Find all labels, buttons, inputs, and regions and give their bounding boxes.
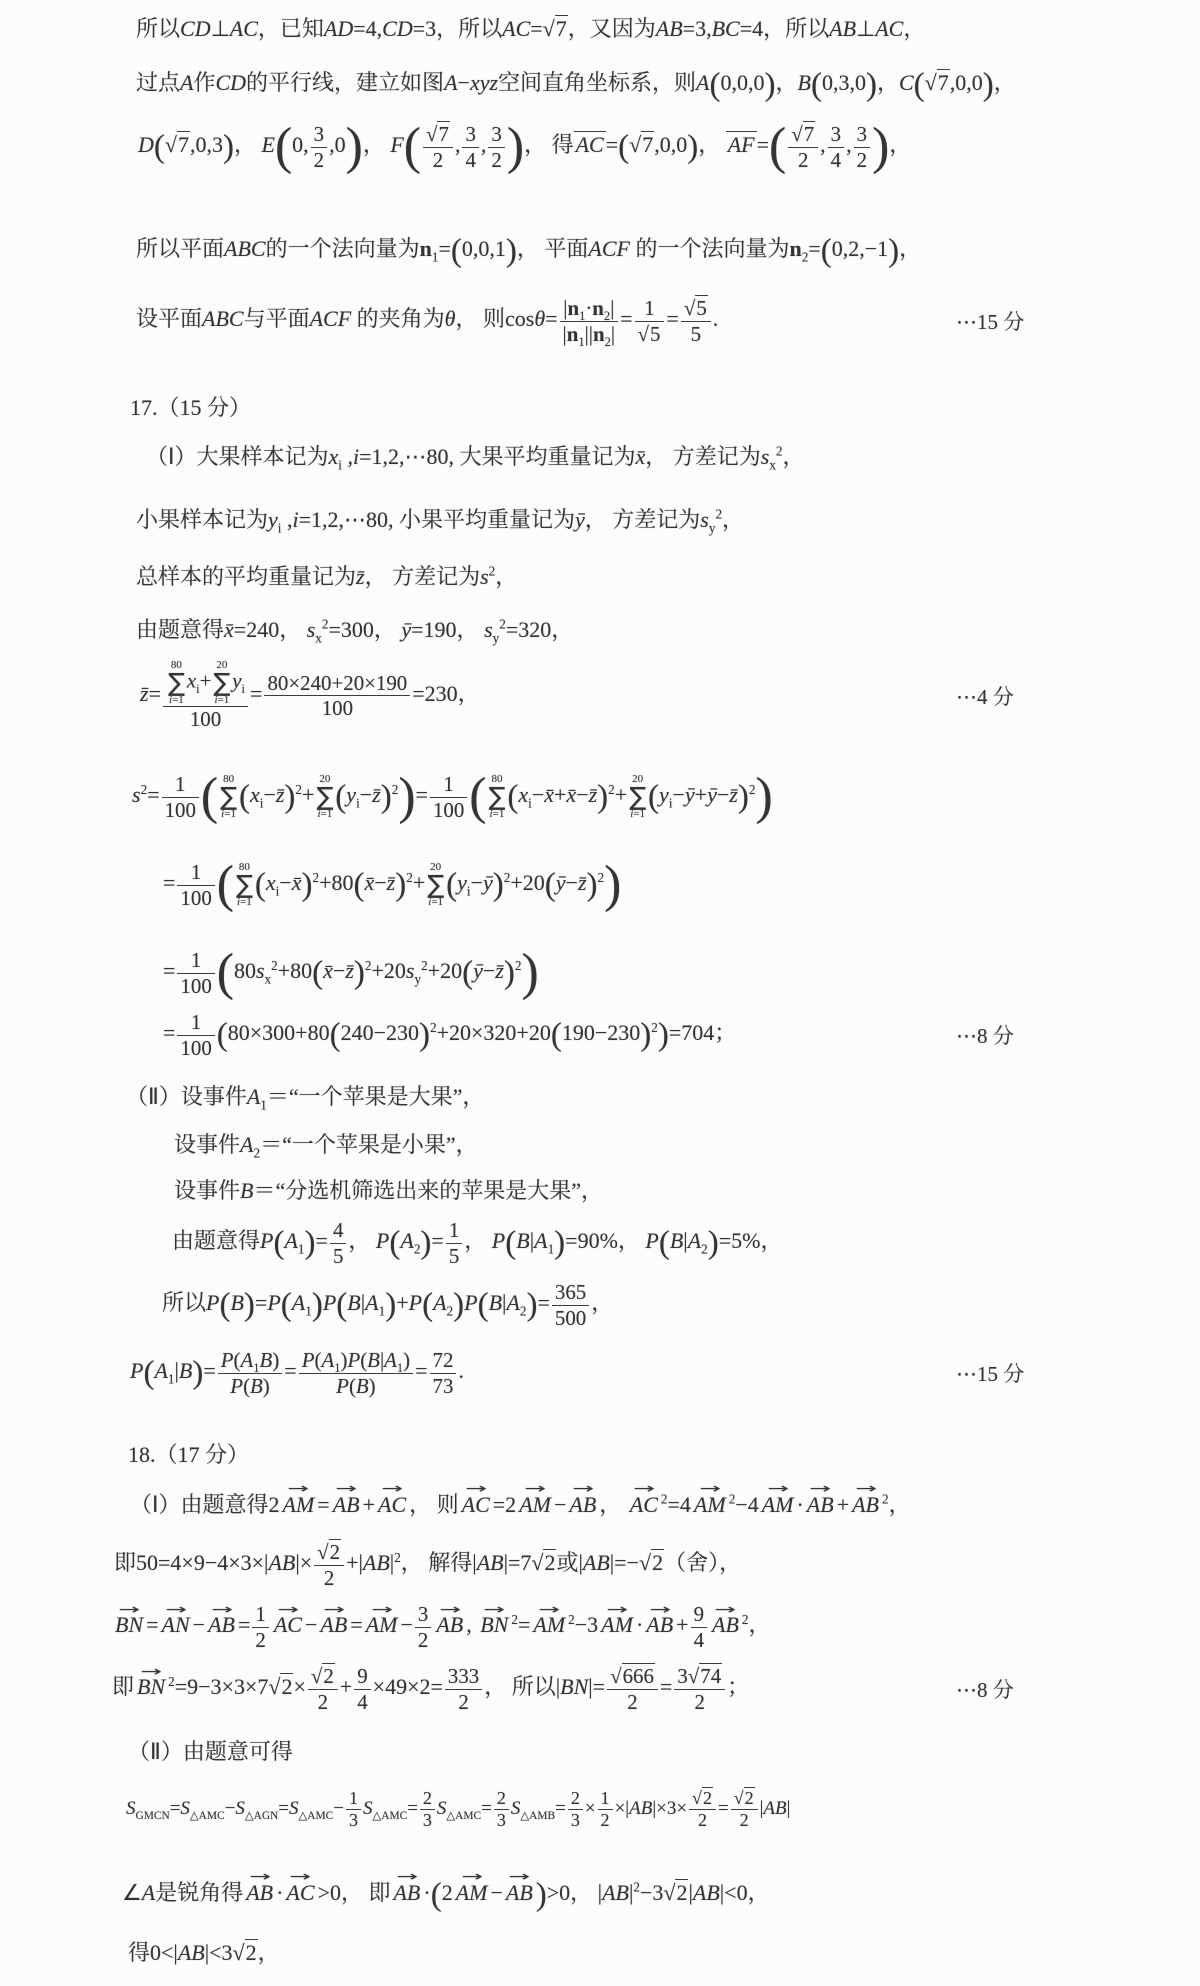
formula-text: （Ⅱ）由题意可得 <box>128 1735 293 1766</box>
q18-1-vector-setup: （Ⅰ）由题意得2AM=AB+AC， 则AC=2AM−AB， AC2=4AM2−4… <box>0 1488 1200 1519</box>
formula-text: 18.（17 分） <box>128 1438 249 1469</box>
q16-normal-vectors: 所以平面ABC的一个法向量为n1=(0,0,1)， 平面ACF 的一个法向量为n… <box>0 232 1200 265</box>
q16-perpendicular-line: 所以CD⊥AC，已知AD=4,CD=3，所以AC=7，又因为AB=3,BC=4，… <box>0 12 1200 43</box>
formula-text: =1100(80sx2+80(x̄−z̄)2+20sy2+20(ȳ−z̄)2) <box>163 948 539 998</box>
formula-text: P(A1|B)=P(A1B)P(B)=P(A1)P(B|A1)P(B)=7273… <box>130 1348 464 1398</box>
q18-2-acute-angle: ∠A是锐角得AB·AC>0， 即AB·(2AM−AB)>0， |AB|2−32|… <box>0 1876 1200 1909</box>
q17-1-large-sample: （Ⅰ）大果样本记为xi ,i=1,2,⋯80, 大果平均重量记为x̄， 方差记为… <box>0 440 1200 471</box>
score-marker: ⋯15 分 <box>956 306 1024 336</box>
q16-coordinate-setup: 过点A作CD的平行线，建立如图A−xyz空间直角坐标系，则A(0,0,0)，B(… <box>0 66 1200 99</box>
q17-1-variance-result: =1100(80×300+80(240−230)2+20×320+20(190−… <box>0 1010 1200 1060</box>
q18-2-intro: （Ⅱ）由题意可得 <box>0 1735 1200 1766</box>
formula-text: =1100(80∑i=1(xi−x̄)2+80(x̄−z̄)2+20∑i=1(y… <box>163 860 621 910</box>
formula-text: 小果样本记为yi ,i=1,2,⋯80, 小果平均重量记为ȳ， 方差记为sy2， <box>136 503 744 534</box>
formula-text: 即BN2=9−3×3×72×22+94×49×2=3332， 所以|BN|=66… <box>112 1664 749 1714</box>
q16-point-coordinates: D(7,0,3)， E(0,32,0)， F(72,34,32)， 得AC=(7… <box>0 122 1200 172</box>
q17-1-total-sample: 总样本的平均重量记为z̄， 方差记为s2， <box>0 560 1200 591</box>
formula-text: 17.（15 分） <box>130 391 251 422</box>
formula-text: SGMCN=S△AMC−S△AGN=S△AMC−13S△AMC=23S△AMC=… <box>126 1788 790 1832</box>
formula-text: 设平面ABC与平面ACF 的夹角为θ， 则cosθ=|n1·n2||n1||n2… <box>136 296 718 346</box>
q17-2-event-b: 设事件B＝“分选机筛选出来的苹果是大果”， <box>0 1174 1200 1205</box>
score-marker: ⋯15 分 <box>956 1358 1024 1388</box>
q18-2-area-chain: SGMCN=S△AMC−S△AGN=S△AMC−13S△AMC=23S△AMC=… <box>0 1788 1200 1832</box>
formula-text: 即50=4×9−4×3×|AB|×22+|AB|2， 解得|AB|=72或|AB… <box>114 1540 741 1590</box>
formula-text: 由题意得x̄=240， sx2=300， ȳ=190， sy2=320， <box>136 613 573 644</box>
formula-text: BN=AN−AB=12AC−AB=AM−32AB, BN2=AM2−3AM·AB… <box>112 1602 771 1652</box>
q18-2-conclusion: 得0<|AB|<32， <box>0 1936 1200 1967</box>
q17-2-total-probability: 所以P(B)=P(A1)P(B|A1)+P(A2)P(B|A2)=365500， <box>0 1280 1200 1330</box>
q17-1-variance-expand-3: =1100(80sx2+80(x̄−z̄)2+20sy2+20(ȳ−z̄)2) <box>0 948 1200 998</box>
q18-1-solve-ab: 即50=4×9−4×3×|AB|×22+|AB|2， 解得|AB|=72或|AB… <box>0 1540 1200 1590</box>
formula-text: D(7,0,3)， E(0,32,0)， F(72,34,32)， 得AC=(7… <box>138 122 911 172</box>
q18-1-bn-result: 即BN2=9−3×3×72×22+94×49×2=3332， 所以|BN|=66… <box>0 1664 1200 1714</box>
q17-header: 17.（15 分） <box>0 391 1200 422</box>
score-marker: ⋯8 分 <box>956 1674 1014 1704</box>
q18-1-bn-vector: BN=AN−AB=12AC−AB=AM−32AB, BN2=AM2−3AM·AB… <box>0 1602 1200 1652</box>
score-marker: ⋯4 分 <box>956 681 1014 711</box>
formula-text: （Ⅰ）由题意得2AM=AB+AC， 则AC=2AM−AB， AC2=4AM2−4… <box>130 1488 911 1519</box>
q16-cosine-result: 设平面ABC与平面ACF 的夹角为θ， 则cosθ=|n1·n2||n1||n2… <box>0 296 1200 346</box>
formula-text: 设事件A2＝“一个苹果是小果”， <box>174 1128 478 1159</box>
q17-2-event-a1: （Ⅱ）设事件A1＝“一个苹果是大果”， <box>0 1080 1200 1111</box>
formula-text: 设事件B＝“分选机筛选出来的苹果是大果”， <box>174 1174 603 1205</box>
formula-text: 所以P(B)=P(A1)P(B|A1)+P(A2)P(B|A2)=365500， <box>162 1280 613 1330</box>
formula-text: =1100(80×300+80(240−230)2+20×320+20(190−… <box>163 1010 736 1060</box>
score-marker: ⋯8 分 <box>956 1020 1014 1050</box>
formula-text: 得0<|AB|<32， <box>128 1936 280 1967</box>
q17-2-given-probabilities: 由题意得P(A1)=45， P(A2)=15， P(B|A1)=90%， P(B… <box>0 1218 1200 1268</box>
q18-header: 18.（17 分） <box>0 1438 1200 1469</box>
formula-text: 所以平面ABC的一个法向量为n1=(0,0,1)， 平面ACF 的一个法向量为n… <box>136 232 921 265</box>
formula-text: 由题意得P(A1)=45， P(A2)=15， P(B|A1)=90%， P(B… <box>172 1218 782 1268</box>
q17-1-variance-expand-2: =1100(80∑i=1(xi−x̄)2+80(x̄−z̄)2+20∑i=1(y… <box>0 860 1200 910</box>
q17-1-zbar-mean: z̄=80∑i=1xi+20∑i=1yi100=80×240+20×190100… <box>0 660 1200 731</box>
formula-text: s2=1100(80∑i=1(xi−z̄)2+20∑i=1(yi−z̄)2)=1… <box>132 772 773 822</box>
formula-text: （Ⅱ）设事件A1＝“一个苹果是大果”， <box>126 1080 484 1111</box>
formula-text: 过点A作CD的平行线，建立如图A−xyz空间直角坐标系，则A(0,0,0)，B(… <box>136 66 1016 99</box>
q17-1-given-values: 由题意得x̄=240， sx2=300， ȳ=190， sy2=320， <box>0 613 1200 644</box>
q17-1-variance-expand-1: s2=1100(80∑i=1(xi−z̄)2+20∑i=1(yi−z̄)2)=1… <box>0 772 1200 822</box>
q17-2-bayes-result: P(A1|B)=P(A1B)P(B)=P(A1)P(B|A1)P(B)=7273… <box>0 1348 1200 1398</box>
q17-2-event-a2: 设事件A2＝“一个苹果是小果”， <box>0 1128 1200 1159</box>
formula-text: z̄=80∑i=1xi+20∑i=1yi100=80×240+20×190100… <box>140 660 480 731</box>
q17-1-small-sample: 小果样本记为yi ,i=1,2,⋯80, 小果平均重量记为ȳ， 方差记为sy2， <box>0 503 1200 534</box>
formula-text: 所以CD⊥AC，已知AD=4,CD=3，所以AC=7，又因为AB=3,BC=4，… <box>136 12 925 43</box>
formula-text: （Ⅰ）大果样本记为xi ,i=1,2,⋯80, 大果平均重量记为x̄， 方差记为… <box>146 440 805 471</box>
formula-text: ∠A是锐角得AB·AC>0， 即AB·(2AM−AB)>0， |AB|2−32|… <box>122 1876 770 1909</box>
formula-text: 总样本的平均重量记为z̄， 方差记为s2， <box>136 560 517 591</box>
